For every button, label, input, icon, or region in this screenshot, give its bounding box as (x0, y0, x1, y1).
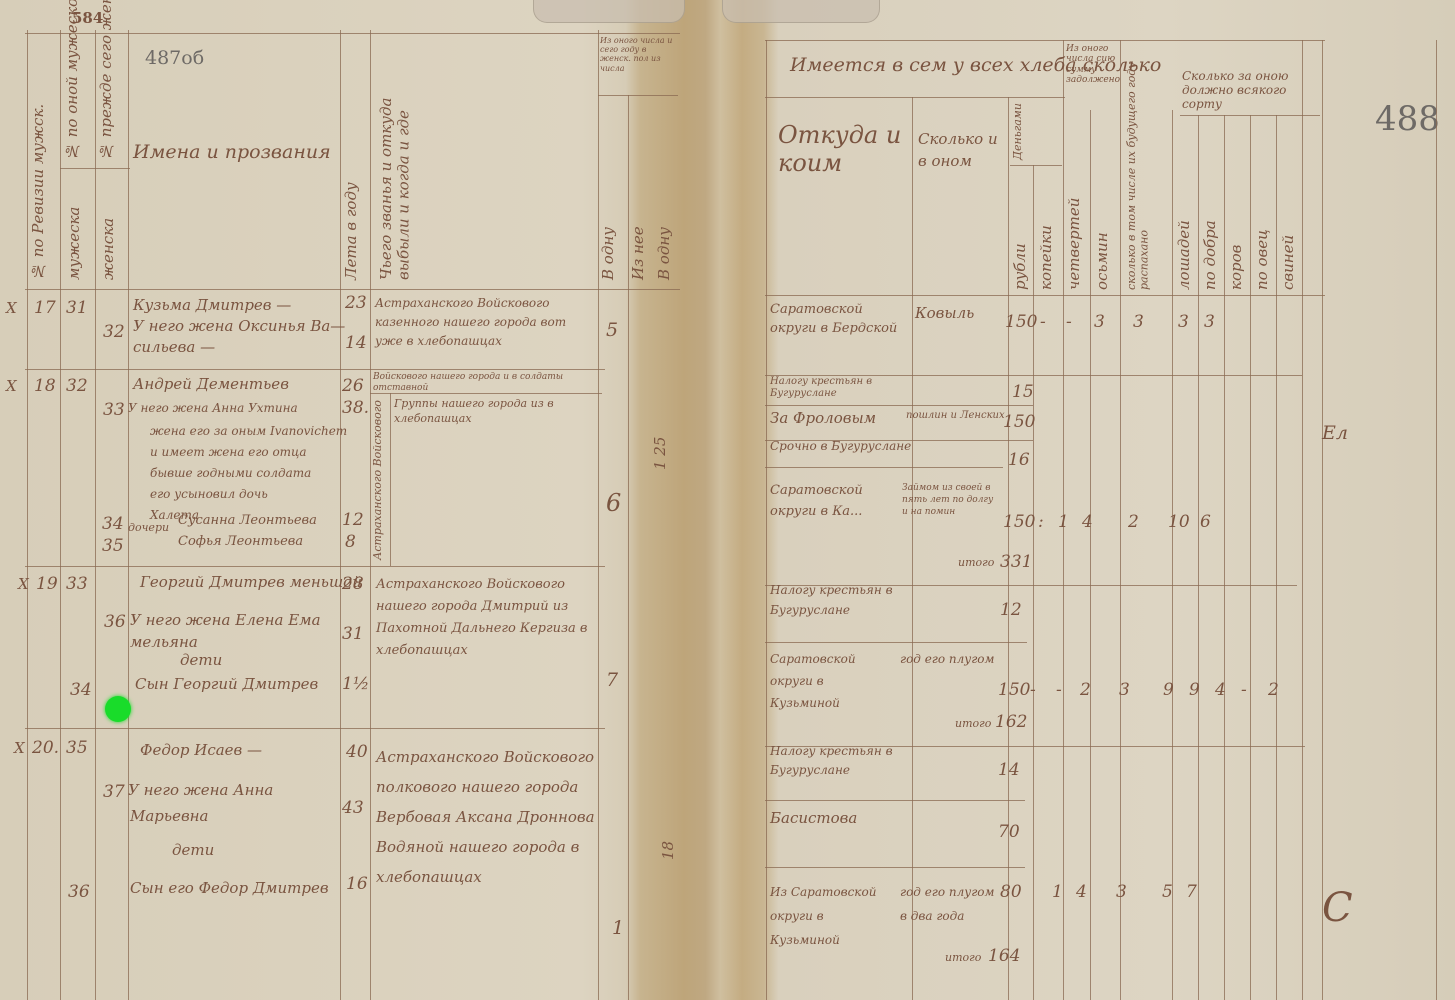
child-no: 36 (68, 882, 90, 902)
margin-mark: Х (6, 378, 17, 395)
header-col-b: Из нее (630, 160, 647, 280)
origin-text: Астраханского Войскового нашего города Д… (376, 574, 598, 662)
rule-header-bottom (25, 289, 680, 290)
row-what: год его плугом в два года (900, 880, 1000, 928)
household-no: 19 (36, 574, 58, 594)
row-where: Из Саратовской округи в Кузьминой (770, 880, 895, 952)
male-no: 35 (66, 738, 88, 758)
ledger-spread: 584 487об № по Ревизии мужск. № по оной … (0, 0, 1455, 1000)
name-line: Кузьма Дмитрев — (133, 297, 291, 314)
row-rub: 80 (1000, 882, 1022, 902)
name-line: У него жена Анна Ухтина (128, 402, 298, 416)
age: 1½ (342, 674, 369, 694)
header-what: Сколько и в оном (918, 128, 1006, 172)
daughter-name: Софья Леонтьева (178, 535, 303, 550)
rule-row-18 (25, 566, 605, 567)
rule-col (912, 97, 913, 1000)
row-rub: 150 (1003, 412, 1035, 432)
row-rub: 150 (1003, 512, 1035, 532)
female-no: 36 (104, 612, 126, 632)
header-household-no: № по Ревизии мужск. (30, 100, 47, 280)
row-c: 2 (1128, 512, 1139, 532)
row-where: За Фроловым (770, 410, 876, 427)
rule-row-17 (25, 369, 605, 370)
age: 16 (346, 874, 368, 894)
rule-col (1198, 115, 1199, 1000)
header-col-d: лошадей (1176, 200, 1193, 290)
origin-text: Группы нашего города из в хлебопашцах (394, 396, 594, 426)
rule-col (1033, 165, 1034, 1000)
row-rub: 16 (1008, 450, 1030, 470)
household-no: 18 (34, 376, 56, 396)
gutter-number: 5 (606, 320, 618, 342)
row-a: - (1056, 680, 1062, 700)
rule-row (765, 405, 1033, 406)
rule-col-0 (27, 30, 28, 1000)
name-line: мельяна (130, 634, 198, 651)
row-where: Саратовской округи в Бердской (770, 300, 910, 338)
rule-money-sub (1010, 165, 1062, 166)
children-label: дети (172, 842, 214, 859)
header-col-f: коров (1228, 200, 1245, 290)
age: 38. (342, 398, 369, 418)
rule-col (766, 40, 767, 1000)
row-where: Налогу крестьян в Бугуруслане (770, 742, 895, 780)
rule-col (1224, 115, 1225, 1000)
sleeve-tab-left (533, 0, 685, 23)
header-small-box: Из оного числа и сего году в женск. пол … (600, 36, 676, 73)
row-where: Срочно в Бугуруслане (770, 440, 911, 454)
row-d: 10 (1168, 512, 1190, 532)
name-line: и имеет жена его отца (150, 446, 307, 460)
sleeve-tab-right (722, 0, 880, 23)
row-c: 3 (1133, 312, 1144, 332)
child-name: Сын его Федор Дмитрев (130, 880, 329, 897)
margin-mark: Х (14, 740, 25, 757)
row-b: 2 (1080, 680, 1091, 700)
daughter-no: 34 (102, 514, 124, 534)
female-no: 37 (103, 782, 125, 802)
row-b: 4 (1076, 882, 1087, 902)
row-what: Ковыль (915, 305, 974, 322)
margin-note: Ел (1322, 423, 1348, 445)
age: 12 (342, 510, 364, 530)
rule-col (1090, 110, 1091, 1000)
age: 26 (342, 376, 364, 396)
row-e: 3 (1204, 312, 1215, 332)
row-g: - (1241, 680, 1247, 700)
header-names: Имена и прозвания (133, 142, 331, 164)
rule-row (765, 642, 1027, 643)
rule-smallbox (598, 95, 678, 96)
rule-col (1250, 115, 1251, 1000)
row-where: Налогу крестьян в Бугуруслане (770, 376, 910, 400)
name-line: Федор Исаев — (140, 742, 262, 759)
row-b: 4 (1082, 512, 1093, 532)
header-col-c: сколько в том числе их будущего году рас… (1126, 60, 1166, 290)
row-e: 6 (1200, 512, 1211, 532)
row-where: Басистова (770, 810, 857, 827)
row-c: 3 (1116, 882, 1127, 902)
row-a: 1 (1052, 882, 1063, 902)
name-line: У него жена Анна (128, 782, 273, 799)
rule-row (765, 467, 1003, 468)
header-col-a: четвертей (1066, 200, 1083, 290)
row-rub: 150 (1005, 312, 1037, 332)
header-col-b: осьмин (1094, 200, 1111, 290)
header-origin: Чьего званья и откуда выбыли и когда и г… (378, 40, 488, 280)
total-label: итого (945, 952, 981, 965)
row-what: Займом из своей в пять лет по долгу и на… (902, 482, 1000, 518)
origin-text: Войскового нашего города и в солдаты отс… (373, 372, 601, 394)
row-b: 3 (1094, 312, 1105, 332)
row-kop: : (1038, 512, 1044, 532)
gutter-number: 1 (612, 918, 624, 940)
rule-row (765, 867, 1025, 868)
gutter-number: 6 (606, 490, 621, 518)
rule-col (1302, 40, 1303, 1000)
header-group-right: Сколько за оною должно всякого сорту (1182, 70, 1317, 111)
rule-header-bottom (765, 295, 1325, 296)
rule-col (1322, 40, 1323, 1000)
row-where: Саратовской округи в Ка... (770, 480, 898, 522)
rule-top (25, 33, 680, 34)
origin-text: Астраханского Войскового казенного нашег… (375, 294, 597, 351)
margin-mark: Х (6, 300, 17, 317)
rule-col-3 (128, 30, 129, 1000)
row-what: пошлин и Ленских (906, 410, 1005, 422)
folio-number-pencil: 487об (145, 48, 204, 70)
name-line: жена его за оным Ivanovichem (150, 425, 347, 439)
row-rub: 150 (998, 680, 1030, 700)
header-col-h: свиней (1280, 200, 1297, 290)
header-where: Откуда и коим (778, 122, 908, 177)
row-a: - (1066, 312, 1072, 332)
total-label: итого (955, 718, 991, 731)
margin-note: С (1322, 885, 1353, 931)
rule-origin-sub-v (390, 393, 391, 566)
name-line: сильева — (133, 339, 215, 356)
total-value: 164 (988, 946, 1020, 966)
female-no: 33 (103, 400, 125, 420)
row-where: Налогу крестьян в Бугуруслане (770, 580, 895, 620)
folio-number-pencil: 488 (1375, 100, 1440, 139)
header-col-a: В одну (600, 160, 617, 280)
male-no: 33 (66, 574, 88, 594)
child-name: Сын Георгий Дмитрев (135, 676, 318, 693)
rule-col (1120, 40, 1121, 1000)
name-line: его усыновил дочь (150, 488, 268, 502)
female-no: 32 (103, 322, 125, 342)
children-label: дети (180, 652, 222, 669)
origin-text: Астраханского Войскового полкового нашег… (376, 742, 598, 892)
household-no: 17 (34, 298, 56, 318)
header-age: Лета в году (343, 150, 360, 280)
rule-row-19 (25, 728, 605, 729)
age: 40 (346, 742, 368, 762)
header-male-no: № по оной мужеского (64, 40, 81, 160)
green-dot-marker (105, 696, 131, 722)
total-label: итого (958, 557, 994, 570)
total-value: 331 (1000, 552, 1032, 572)
age: 23 (345, 293, 367, 313)
child-no: 34 (70, 680, 92, 700)
name-line: У него жена Елена Ема (130, 612, 321, 629)
row-rub: 70 (998, 822, 1020, 842)
row-c: 3 (1119, 680, 1130, 700)
rule-col (1276, 115, 1277, 1000)
daughter-no: 35 (102, 536, 124, 556)
rule-top (765, 40, 1325, 41)
header-kop: копейки (1038, 200, 1055, 290)
rule-col-2 (95, 30, 96, 1000)
row-d: 3 (1178, 312, 1189, 332)
gutter-number: 7 (606, 670, 618, 692)
rule-row (765, 800, 1025, 801)
header-sub-male: мужеска (66, 180, 83, 280)
row-rub: 12 (1000, 600, 1022, 620)
rule-col (1172, 110, 1173, 1000)
row-d: 9 (1163, 680, 1174, 700)
age: 28 (342, 574, 364, 594)
row-kop: - (1040, 312, 1046, 332)
gutter-number: 1 25 (652, 410, 669, 470)
origin-vertical: Астраханского Войскового (372, 410, 385, 560)
name-line: Андрей Дементьев (133, 376, 289, 393)
age: 43 (342, 798, 364, 818)
row-f: 4 (1215, 680, 1226, 700)
row-rub: 14 (998, 760, 1020, 780)
row-e: 9 (1189, 680, 1200, 700)
row-d: 5 (1162, 882, 1173, 902)
male-no: 32 (66, 376, 88, 396)
header-col-e: по добра (1202, 130, 1219, 290)
household-no: 20. (32, 738, 59, 758)
name-line: бывше годными солдата (150, 467, 311, 481)
name-line: Георгий Дмитрев меньшой (140, 574, 362, 591)
header-col-c: В одну (656, 160, 673, 280)
header-female-no: № прежде сего женского (98, 40, 115, 160)
rule-col (1436, 40, 1437, 1000)
age: 8 (345, 532, 356, 552)
total-value: 162 (995, 712, 1027, 732)
rule-title-band (765, 97, 1065, 98)
name-line: Марьевна (130, 808, 209, 825)
name-line: У него жена Оксинья Ва— (133, 318, 345, 335)
row-kop: - (1030, 680, 1036, 700)
header-sub-female: женска (100, 190, 117, 280)
header-box-top: Из оного числа сию сумму задолжено (1066, 44, 1120, 85)
row-rub: 15 (1012, 382, 1034, 402)
gutter-number: 18 (660, 820, 677, 860)
rule-col-1 (60, 30, 61, 1000)
row-h: 2 (1268, 680, 1279, 700)
row-a: 1 (1058, 512, 1069, 532)
male-no: 31 (66, 298, 88, 318)
row-what: год его плугом (900, 648, 1000, 670)
row-where: Саратовской округи в Кузьминой (770, 648, 895, 714)
rule-col (1008, 97, 1009, 1000)
header-col-g: по овец (1254, 200, 1271, 290)
age: 14 (345, 333, 367, 353)
header-rub: рубли (1012, 230, 1029, 290)
daughter-name: Сусанна Леонтьева (178, 514, 317, 529)
row-e: 7 (1186, 882, 1197, 902)
daughters-label: дочери (128, 522, 169, 535)
header-money-group: Деньгами (1012, 105, 1025, 160)
age: 31 (342, 624, 364, 644)
margin-mark: Х (18, 576, 29, 593)
